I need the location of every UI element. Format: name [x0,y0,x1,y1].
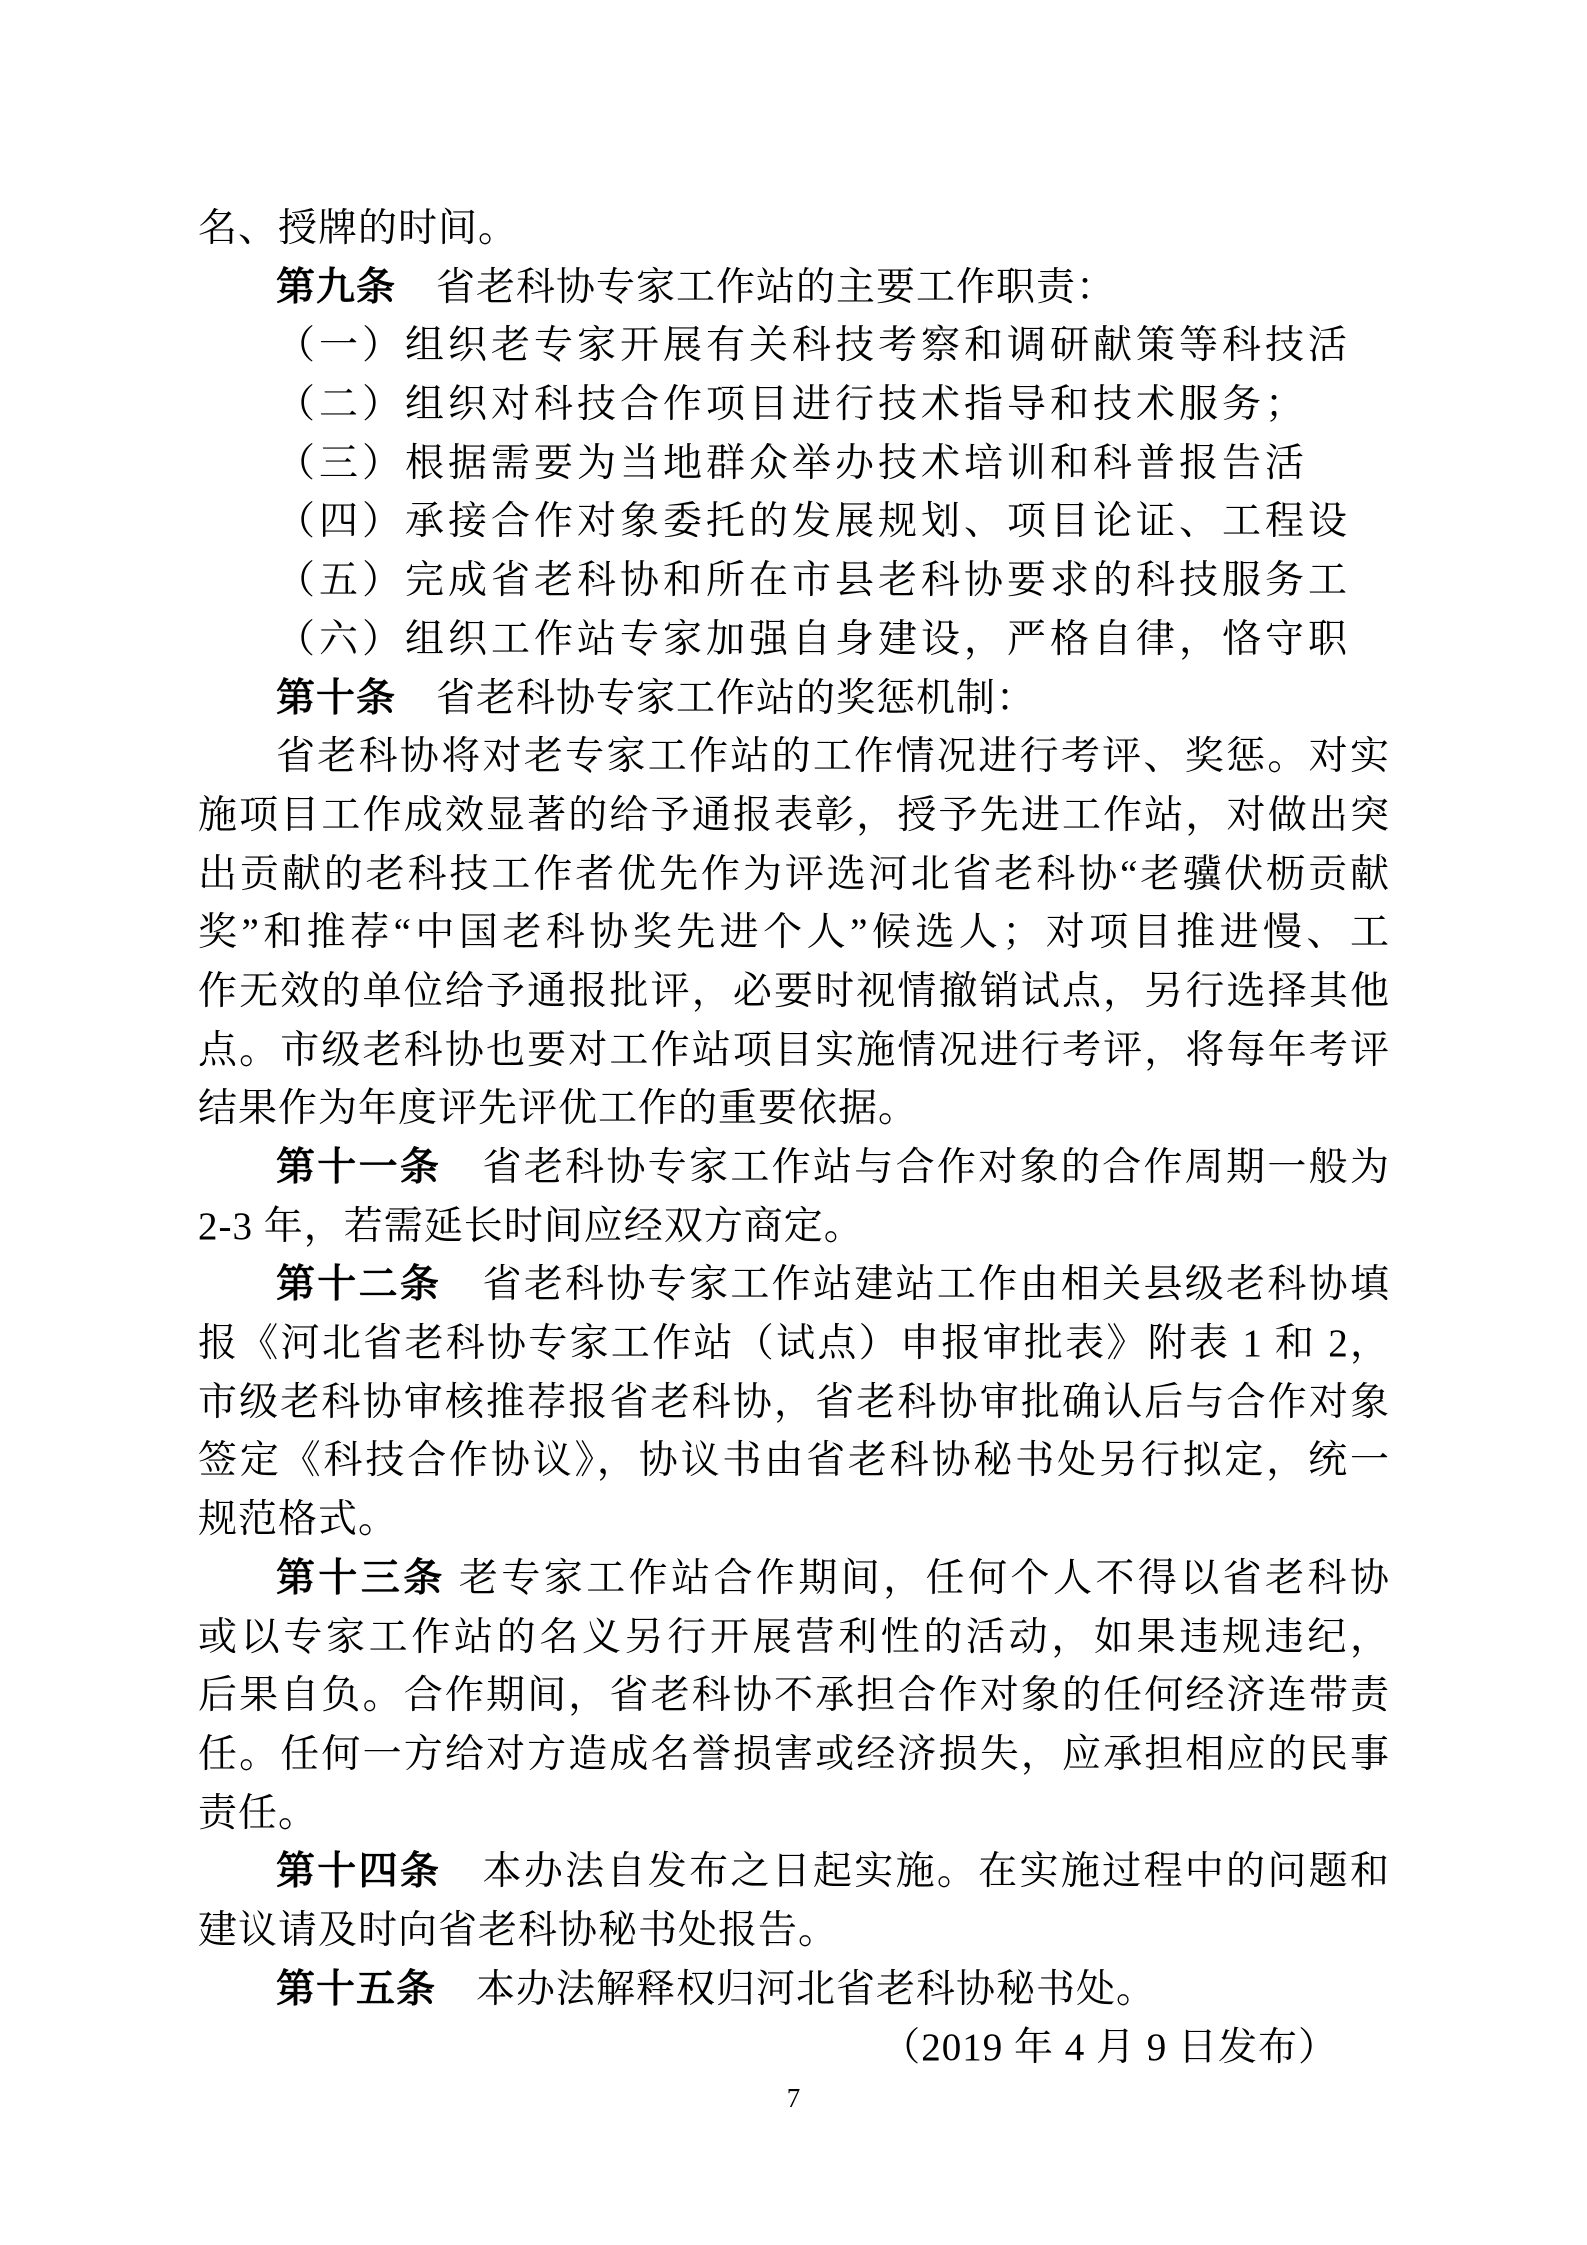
page-number: 7 [0,2080,1587,2116]
text-line: 或以专家工作站的名义另行开展营利性的活动，如果违规违纪， [198,1609,1390,1668]
text-line: 后果自负。合作期间，省老科协不承担合作对象的任何经济连带责 [198,1667,1390,1726]
text-line: （五）完成省老科协和所在市县老科协要求的科技服务工作； [198,552,1390,611]
text-line: 作无效的单位给予通报批评，必要时视情撤销试点，另行选择其他试 [198,963,1390,1022]
text-line: （四）承接合作对象委托的发展规划、项目论证、工程设计等； [198,493,1390,552]
text-line: 第十二条 省老科协专家工作站建站工作由相关县级老科协填 [198,1256,1390,1315]
article-number: 第十四条 [276,1850,441,1893]
text-line: 报《河北省老科协专家工作站（试点）申报审批表》附表 1 和 2， [198,1315,1390,1374]
text-line: 名、授牌的时间。 [198,200,1390,259]
document-page: 名、授牌的时间。第九条 省老科协专家工作站的主要工作职责：（一）组织老专家开展有… [0,0,1587,2245]
text-line: 施项目工作成效显著的给予通报表彰，授予先进工作站，对做出突 [198,787,1390,846]
document-body: 名、授牌的时间。第九条 省老科协专家工作站的主要工作职责：（一）组织老专家开展有… [198,200,1390,2078]
text-line: 第十五条 本办法解释权归河北省老科协秘书处。 [198,1961,1390,2020]
text-line: 2-3 年，若需延长时间应经双方商定。 [198,1198,1390,1257]
text-line: （二）组织对科技合作项目进行技术指导和技术服务； [198,376,1390,435]
article-number: 第十一条 [276,1146,441,1189]
text-line: 第十四条 本办法自发布之日起实施。在实施过程中的问题和 [198,1843,1390,1902]
text-line: 第九条 省老科协专家工作站的主要工作职责： [198,259,1390,318]
text-line: （三）根据需要为当地群众举办技术培训和科普报告活动； [198,435,1390,494]
article-number: 第十条 [276,677,396,720]
text-line: 第十三条 老专家工作站合作期间，任何个人不得以省老科协 [198,1550,1390,1609]
text-line: 任。任何一方给对方造成名誉损害或经济损失，应承担相应的民事 [198,1726,1390,1785]
text-line: （六）组织工作站专家加强自身建设，严格自律，恪守职业道德。 [198,611,1390,670]
text-line: 结果作为年度评先评优工作的重要依据。 [198,1080,1390,1139]
text-line: 省老科协将对老专家工作站的工作情况进行考评、奖惩。对实 [198,728,1390,787]
text-line: 第十一条 省老科协专家工作站与合作对象的合作周期一般为 [198,1139,1390,1198]
text-line: （2019 年 4 月 9 日发布） [198,2019,1390,2078]
text-line: （一）组织老专家开展有关科技考察和调研献策等科技活动； [198,317,1390,376]
text-line: 奖”和推荐“中国老科协奖先进个人”候选人；对项目推进慢、工 [198,904,1390,963]
text-line: 建议请及时向省老科协秘书处报告。 [198,1902,1390,1961]
article-number: 第十五条 [276,1968,436,2011]
article-number: 第九条 [276,266,396,309]
text-line: 第十条 省老科协专家工作站的奖惩机制： [198,670,1390,729]
article-number: 第十二条 [276,1263,441,1306]
text-line: 出贡献的老科技工作者优先作为评选河北省老科协“老骥伏枥贡献 [198,846,1390,905]
text-line: 市级老科协审核推荐报省老科协，省老科协审批确认后与合作对象 [198,1374,1390,1433]
text-line: 签定《科技合作协议》，协议书由省老科协秘书处另行拟定，统一 [198,1432,1390,1491]
article-number: 第十三条 [276,1557,446,1600]
text-line: 责任。 [198,1785,1390,1844]
text-line: 点。市级老科协也要对工作站项目实施情况进行考评，将每年考评 [198,1022,1390,1081]
text-line: 规范格式。 [198,1491,1390,1550]
